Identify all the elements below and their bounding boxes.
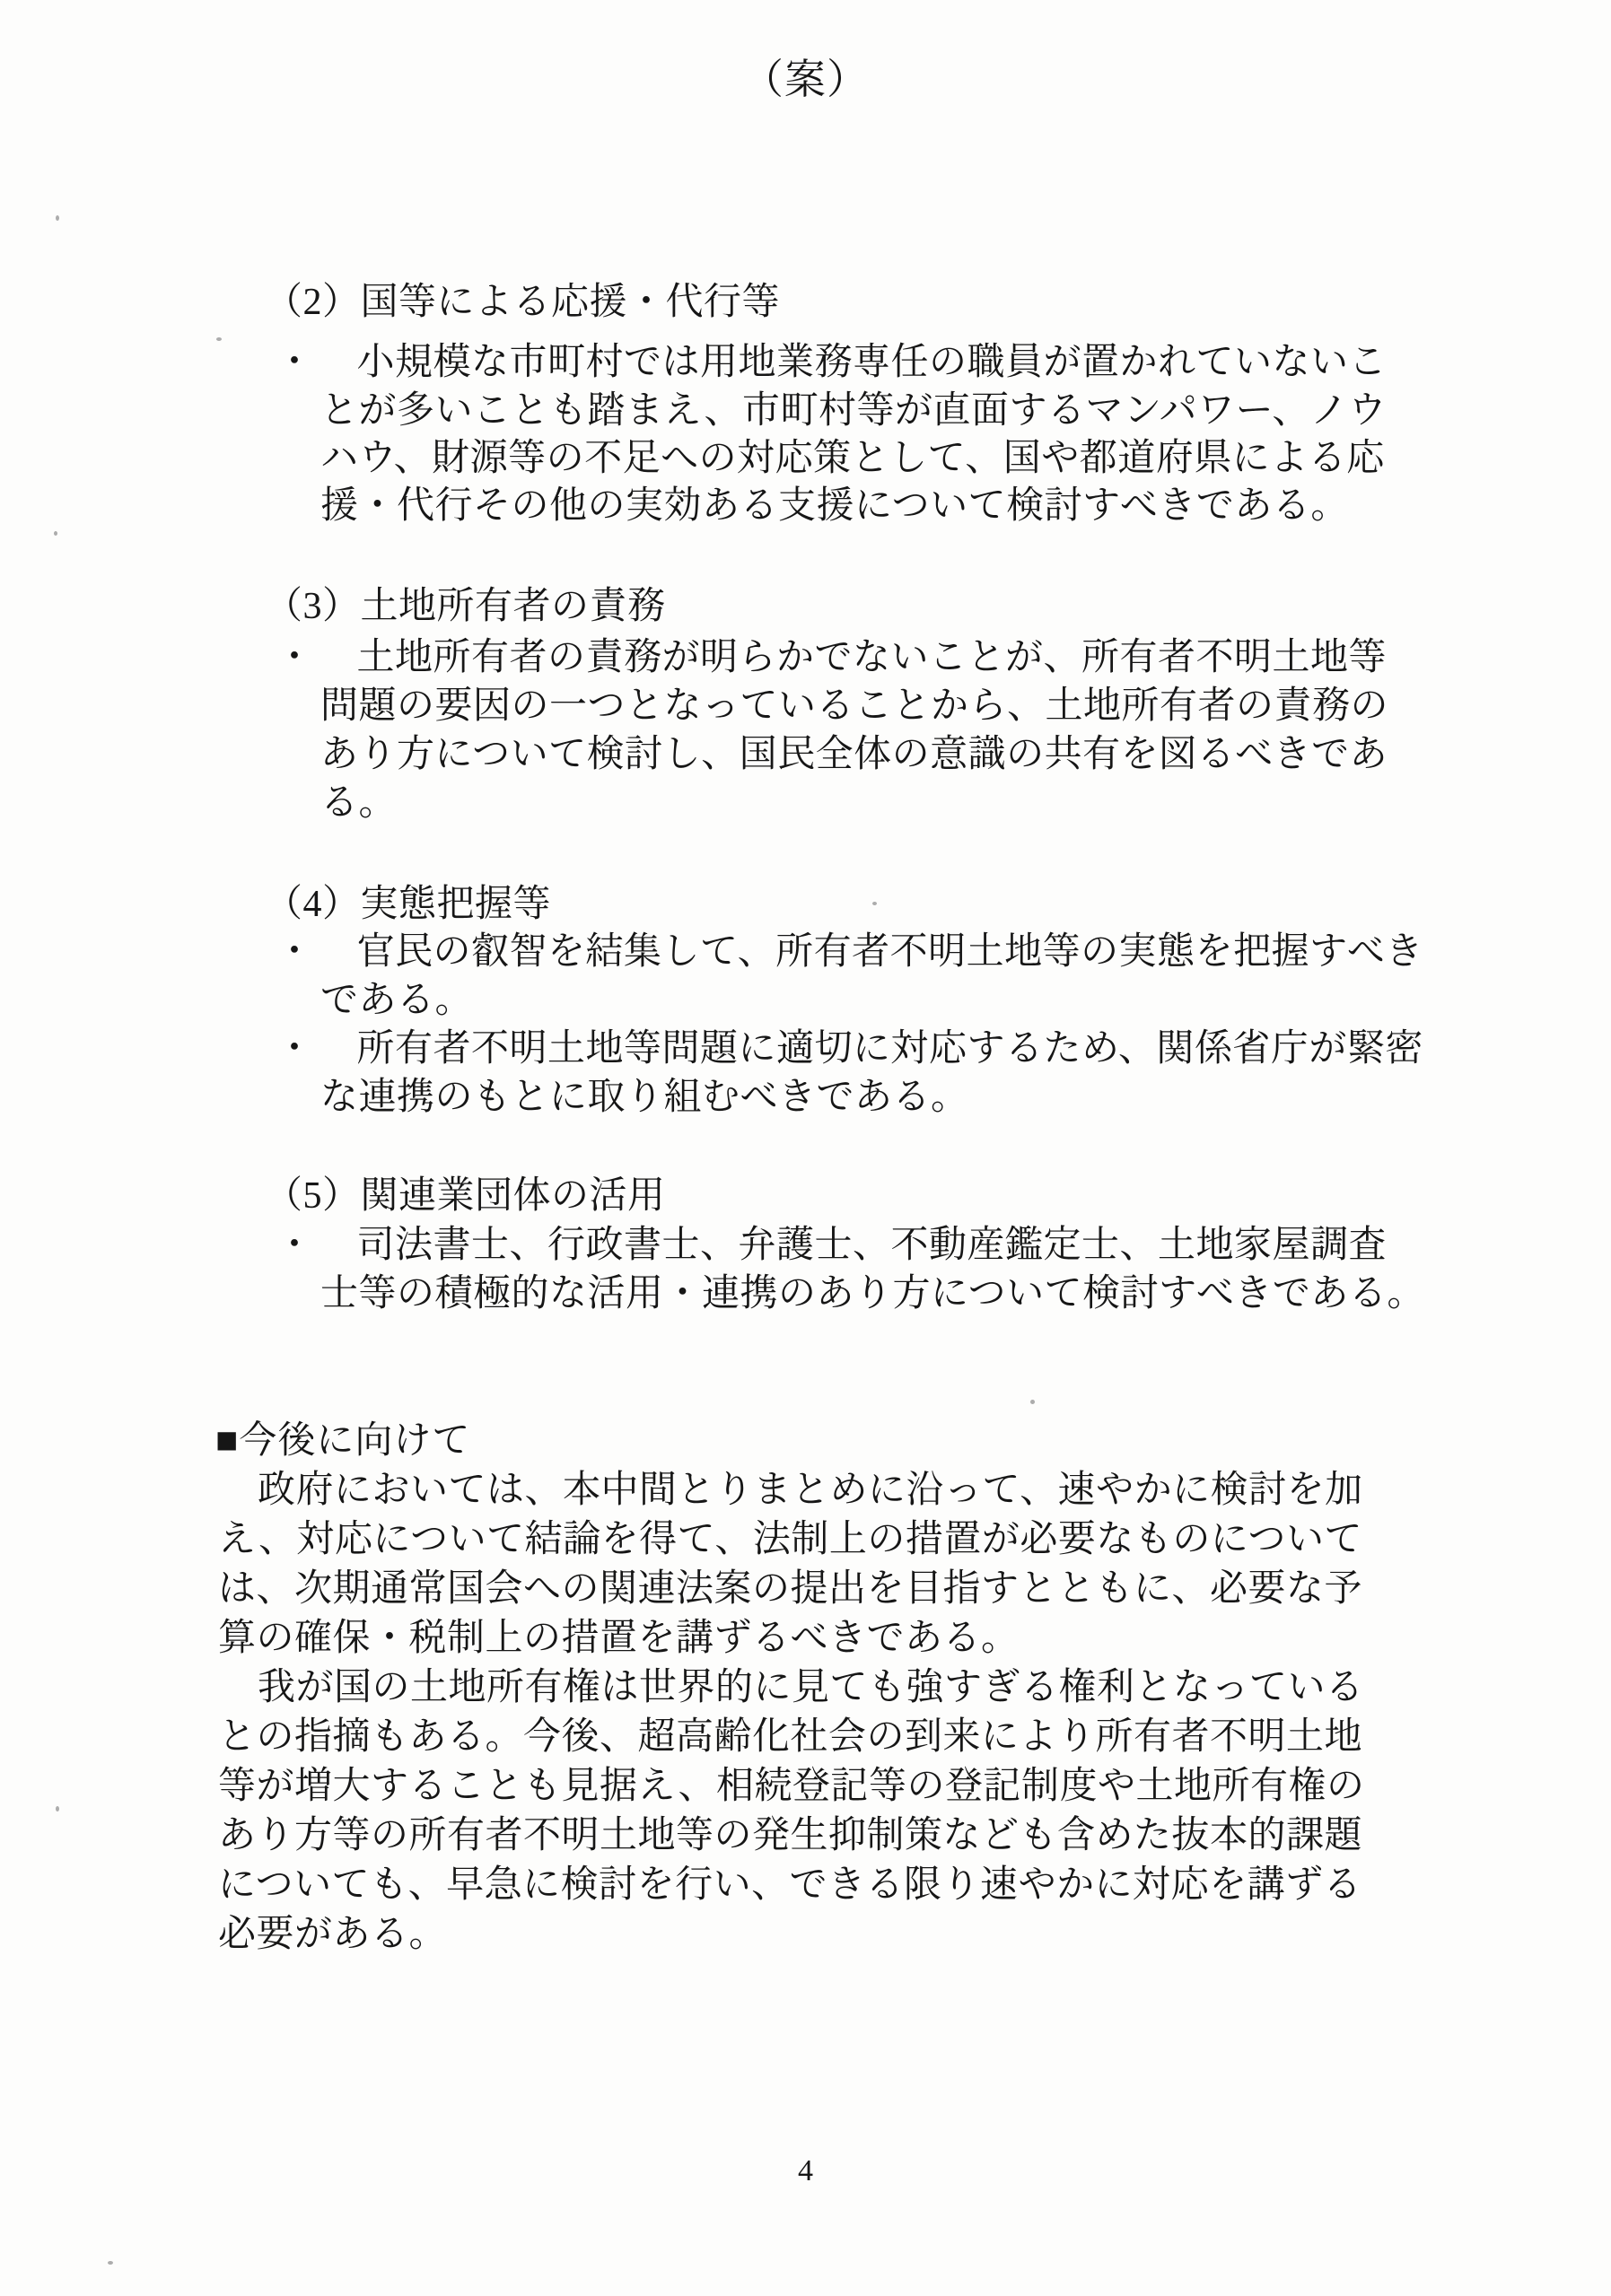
- scan-speck: [872, 902, 877, 905]
- scan-speck: [1030, 1400, 1035, 1404]
- paragraph-line: 算の確保・税制上の措置を講ずるべきである。: [218, 1619, 1020, 1657]
- bullet-marker: ・: [276, 933, 314, 971]
- paragraph-line: 政府においては、本中間とりまとめに沿って、速やかに検討を加: [258, 1471, 1363, 1509]
- bullet-line: ・ 司法書士、行政書士、弁護士、不動産鑑定士、土地家屋調査: [276, 1227, 1387, 1264]
- scan-speck: [56, 215, 59, 221]
- scanned-document-page: （案） （2）国等による応援・代行等 ・ 小規模な市町村では用地業務専任の職員が…: [0, 0, 1611, 2296]
- section-2-heading: （2）国等による応援・代行等: [265, 284, 780, 321]
- paragraph-line: あり方等の所有者不明土地等の発生抑制策なども含めた抜本的課題: [218, 1817, 1362, 1855]
- bullet-text: 官民の叡智を結集して、所有者不明土地等の実態を把握すべき: [357, 933, 1423, 971]
- bullet-text: な連携のもとに取り組むべきである。: [320, 1078, 969, 1116]
- bullet-line: ・ 小規模な市町村では用地業務専任の職員が置かれていないこ: [276, 344, 1387, 381]
- bullet-marker: ・: [276, 1227, 314, 1264]
- scan-speck: [54, 531, 57, 536]
- page-number: 4: [0, 2156, 1611, 2187]
- bullet-text: である。: [320, 982, 473, 1019]
- bullet-text: 土地所有者の責務が明らかでないことが、所有者不明土地等: [357, 639, 1388, 677]
- bullet-line: ・ 所有者不明土地等問題に適切に対応するため、関係省庁が緊密: [276, 1030, 1423, 1068]
- section-4-heading: （4）実態把握等: [265, 886, 551, 923]
- bullet-text: 司法書士、行政書士、弁護士、不動産鑑定士、土地家屋調査: [357, 1227, 1388, 1264]
- bullet-text: ハウ、財源等の不足への対応策として、国や都道府県による応: [320, 440, 1385, 477]
- paragraph-line: 我が国の土地所有権は世界的に見ても強すぎる権利となっている: [258, 1669, 1364, 1707]
- scan-speck: [216, 337, 222, 341]
- section-5-heading: （5）関連業団体の活用: [265, 1177, 666, 1215]
- draft-label: （案）: [0, 59, 1611, 100]
- bullet-text: 所有者不明土地等問題に適切に対応するため、関係省庁が緊密: [357, 1030, 1423, 1068]
- bullet-marker: ・: [276, 1030, 314, 1068]
- paragraph-line: 等が増大することも見据え、相続登記等の登記制度や土地所有権の: [218, 1768, 1365, 1805]
- bullet-text: 小規模な市町村では用地業務専任の職員が置かれていないこ: [357, 344, 1388, 381]
- bullet-text: とが多いことも踏まえ、市町村等が直面するマンパワー、ノウ: [320, 392, 1387, 430]
- bullet-line: ・ 官民の叡智を結集して、所有者不明土地等の実態を把握すべき: [276, 933, 1423, 971]
- bullet-text: 援・代行その他の実効ある支援について検討すべきである。: [320, 487, 1349, 525]
- scan-speck: [108, 2261, 113, 2265]
- paragraph-line: は、次期通常国会への関連法案の提出を目指すとともに、必要な予: [218, 1570, 1362, 1608]
- closing-heading: ■今後に向けて: [215, 1422, 470, 1460]
- bullet-text: 士等の積極的な活用・連携のあり方について検討すべきである。: [320, 1275, 1425, 1313]
- bullet-text: る。: [320, 784, 397, 822]
- bullet-text: あり方について検討し、国民全体の意識の共有を図るべきであ: [320, 736, 1388, 773]
- paragraph-line: え、対応について結論を得て、法制上の措置が必要なものについて: [218, 1521, 1362, 1558]
- bullet-marker: ・: [276, 639, 314, 677]
- scan-speck: [56, 1806, 59, 1811]
- bullet-text: 問題の要因の一つとなっていることから、土地所有者の責務の: [320, 687, 1388, 725]
- paragraph-line: との指摘もある。今後、超高齢化社会の到来により所有者不明土地: [218, 1718, 1362, 1756]
- paragraph-line: 必要がある。: [218, 1916, 447, 1953]
- bullet-marker: ・: [276, 344, 314, 381]
- paragraph-line: についても、早急に検討を行い、できる限り速やかに対応を講ずる: [218, 1866, 1361, 1904]
- section-3-heading: （3）土地所有者の責務: [265, 588, 666, 625]
- bullet-line: ・ 土地所有者の責務が明らかでないことが、所有者不明土地等: [276, 639, 1387, 677]
